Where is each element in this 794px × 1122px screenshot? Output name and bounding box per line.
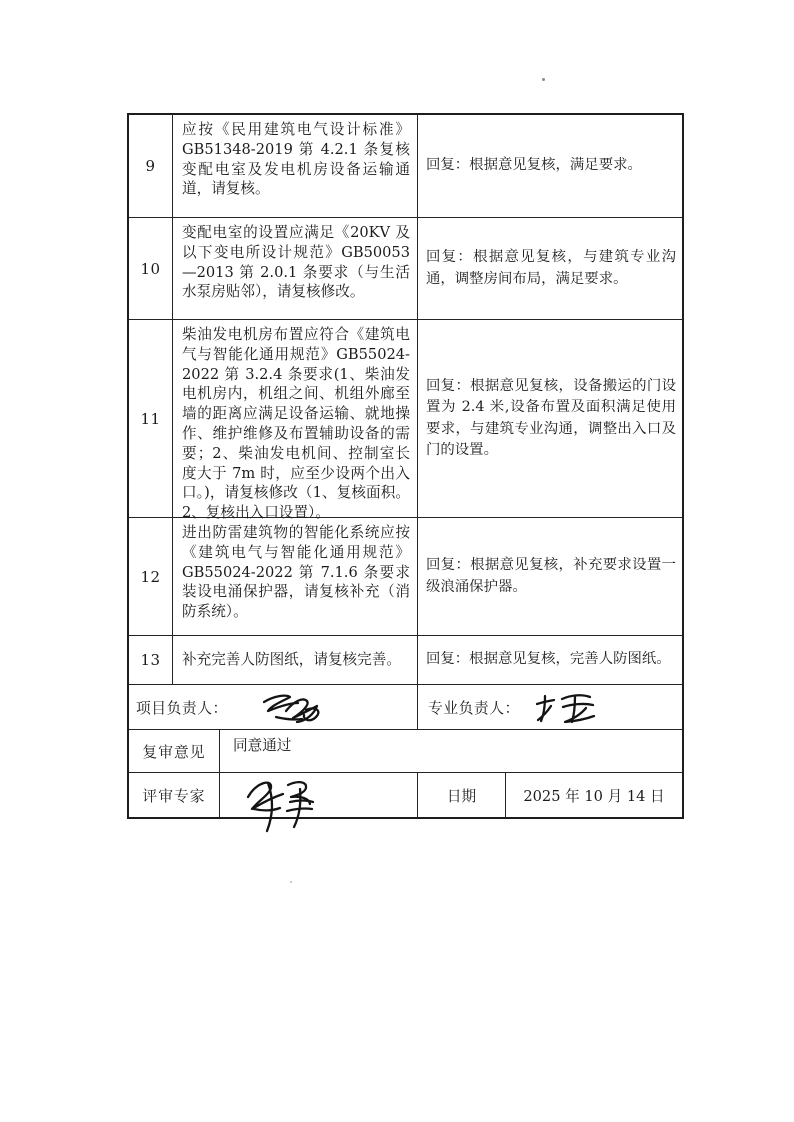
project-lead-signature xyxy=(256,689,328,727)
reply-text: 回复：根据意见复核，补充要求设置一级浪涌保护器。 xyxy=(418,555,682,598)
table-row: 13 补充完善人防图纸，请复核完善。 回复：根据意见复核，完善人防图纸。 xyxy=(129,635,682,684)
review-opinion-value: 同意通过 xyxy=(219,730,682,772)
comment-cell: 进出防雷建筑物的智能化系统应按《建筑电气与智能化通用规范》GB55024-202… xyxy=(172,518,417,635)
project-lead-cell: 项目负责人： xyxy=(129,685,417,729)
expert-date-row: 评审专家 日期 2025 年 10 月 14 日 xyxy=(129,772,682,817)
reply-text: 回复：根据意见复核，满足要求。 xyxy=(418,155,682,177)
discipline-lead-cell: 专业负责人： xyxy=(417,685,682,729)
reply-cell: 回复：根据意见复核，完善人防图纸。 xyxy=(417,636,682,684)
reply-cell: 回复：根据意见复核，设备搬运的门设置为 2.4 米,设备布置及面积满足使用要求，… xyxy=(417,320,682,517)
table-row: 12 进出防雷建筑物的智能化系统应按《建筑电气与智能化通用规范》GB55024-… xyxy=(129,517,682,635)
comment-cell: 柴油发电机房布置应符合《建筑电气与智能化通用规范》GB55024-2022 第 … xyxy=(172,320,417,517)
comment-text: 柴油发电机房布置应符合《建筑电气与智能化通用规范》GB55024-2022 第 … xyxy=(173,320,417,523)
scan-speck xyxy=(542,78,545,81)
reply-text: 回复：根据意见复核，设备搬运的门设置为 2.4 米,设备布置及面积满足使用要求，… xyxy=(418,376,682,462)
reply-text: 回复：根据意见复核，与建筑专业沟通，调整房间布局，满足要求。 xyxy=(418,247,682,290)
comment-text: 应按《民用建筑电气设计标准》GB51348-2019 第 4.2.1 条复核变配… xyxy=(173,115,417,199)
project-lead-label: 项目负责人： xyxy=(129,697,228,718)
reply-cell: 回复：根据意见复核，与建筑专业沟通，调整房间布局，满足要求。 xyxy=(417,218,682,319)
scan-speck xyxy=(290,881,292,883)
reply-cell: 回复：根据意见复核，满足要求。 xyxy=(417,115,682,217)
review-comment-table: 9 应按《民用建筑电气设计标准》GB51348-2019 第 4.2.1 条复核… xyxy=(127,113,684,819)
comment-text: 变配电室的设置应满足《20KV 及以下变电所设计规范》GB50053—2013 … xyxy=(173,218,417,302)
row-number: 9 xyxy=(129,115,172,217)
date-value: 2025 年 10 月 14 日 xyxy=(505,773,682,817)
expert-signature-cell xyxy=(219,773,417,817)
comment-text: 补充完善人防图纸，请复核完善。 xyxy=(173,650,408,670)
table-row: 10 变配电室的设置应满足《20KV 及以下变电所设计规范》GB50053—20… xyxy=(129,217,682,319)
reply-cell: 回复：根据意见复核，补充要求设置一级浪涌保护器。 xyxy=(417,518,682,635)
date-label: 日期 xyxy=(417,773,505,817)
leads-signature-row: 项目负责人： 专业负责人： xyxy=(129,684,682,729)
discipline-lead-signature xyxy=(534,690,598,726)
comment-cell: 补充完善人防图纸，请复核完善。 xyxy=(172,636,417,684)
row-number: 11 xyxy=(129,320,172,517)
table-row: 11 柴油发电机房布置应符合《建筑电气与智能化通用规范》GB55024-2022… xyxy=(129,319,682,517)
comment-cell: 应按《民用建筑电气设计标准》GB51348-2019 第 4.2.1 条复核变配… xyxy=(172,115,417,217)
comment-text: 进出防雷建筑物的智能化系统应按《建筑电气与智能化通用规范》GB55024-202… xyxy=(173,518,417,622)
discipline-lead-label: 专业负责人： xyxy=(418,697,520,718)
reply-text: 回复：根据意见复核，完善人防图纸。 xyxy=(418,649,682,671)
expert-signature xyxy=(240,775,324,837)
comment-cell: 变配电室的设置应满足《20KV 及以下变电所设计规范》GB50053—2013 … xyxy=(172,218,417,319)
row-number: 10 xyxy=(129,218,172,319)
scanned-document-page: 9 应按《民用建筑电气设计标准》GB51348-2019 第 4.2.1 条复核… xyxy=(0,0,794,1122)
review-opinion-label: 复审意见 xyxy=(129,730,219,772)
row-number: 13 xyxy=(129,636,172,684)
expert-label: 评审专家 xyxy=(129,773,219,817)
review-opinion-row: 复审意见 同意通过 xyxy=(129,729,682,772)
table-row: 9 应按《民用建筑电气设计标准》GB51348-2019 第 4.2.1 条复核… xyxy=(129,115,682,217)
row-number: 12 xyxy=(129,518,172,635)
